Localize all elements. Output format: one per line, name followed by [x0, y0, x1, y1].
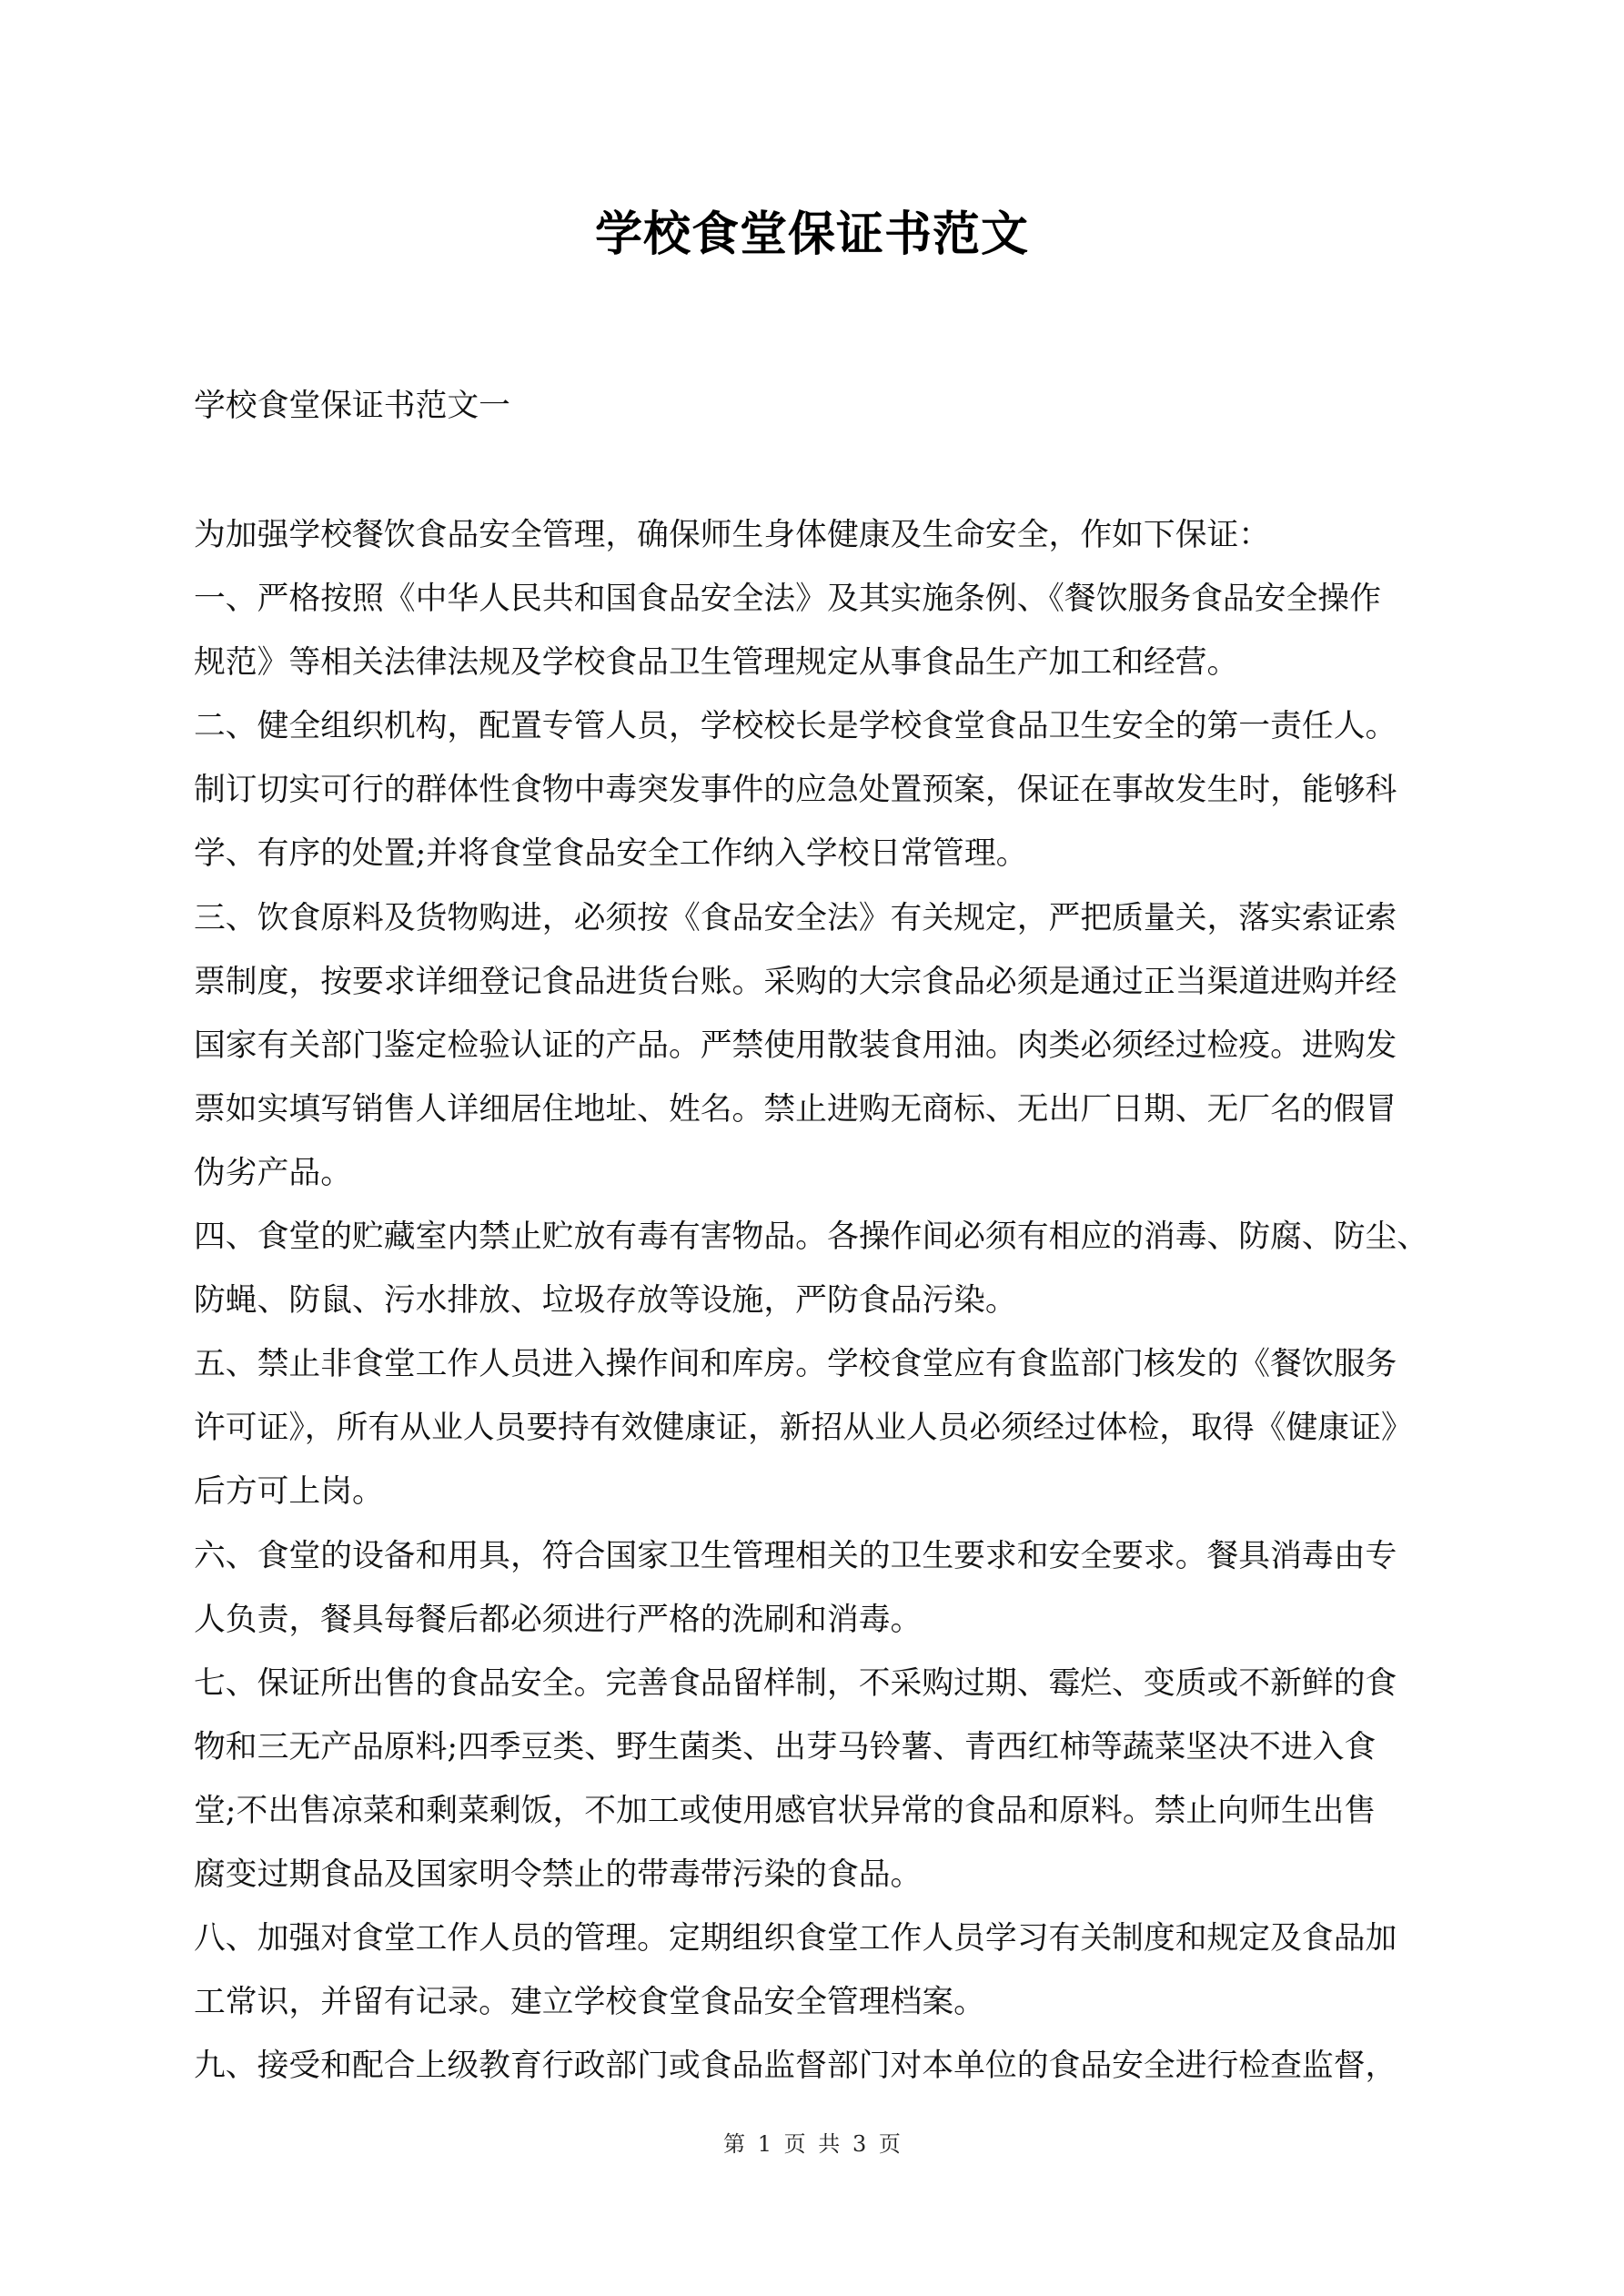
intro-line: 为加强学校餐饮食品安全管理，确保师生身体健康及生命安全，作如下保证：	[194, 503, 1431, 567]
clause-8-line-2: 工常识，并留有记录。建立学校食堂食品安全管理档案。	[194, 1970, 1431, 2034]
clause-5-line-3: 后方可上岗。	[194, 1460, 1431, 1523]
clause-7-line-2: 物和三无产品原料;四季豆类、野生菌类、出芽马铃薯、青西红柿等蔬菜坚决不进入食	[194, 1715, 1431, 1779]
clause-5-line-1: 五、禁止非食堂工作人员进入操作间和库房。学校食堂应有食监部门核发的《餐饮服务	[194, 1332, 1431, 1396]
clause-3-line-5: 伪劣产品。	[194, 1141, 1431, 1205]
section-heading: 学校食堂保证书范文一	[194, 374, 510, 438]
clause-8-line-1: 八、加强对食堂工作人员的管理。定期组织食堂工作人员学习有关制度和规定及食品加	[194, 1907, 1431, 1970]
clause-7-line-1: 七、保证所出售的食品安全。完善食品留样制，不采购过期、霉烂、变质或不新鲜的食	[194, 1652, 1431, 1715]
clause-7-line-4: 腐变过期食品及国家明令禁止的带毒带污染的食品。	[194, 1843, 1431, 1907]
clause-3-line-2: 票制度，按要求详细登记食品进货台账。采购的大宗食品必须是通过正当渠道进购并经	[194, 950, 1431, 1014]
clause-6-line-2: 人负责，餐具每餐后都必须进行严格的洗刷和消毒。	[194, 1588, 1431, 1652]
clause-1-line-1: 一、严格按照《中华人民共和国食品安全法》及其实施条例、《餐饮服务食品安全操作	[194, 567, 1431, 631]
clause-3-line-4: 票如实填写销售人详细居住地址、姓名。禁止进购无商标、无出厂日期、无厂名的假冒	[194, 1077, 1431, 1141]
clause-4-line-1: 四、食堂的贮藏室内禁止贮放有毒有害物品。各操作间必须有相应的消毒、防腐、防尘、	[194, 1205, 1431, 1269]
page-number-footer: 第 1 页 共 3 页	[0, 2129, 1624, 2159]
document-body: 为加强学校餐饮食品安全管理，确保师生身体健康及生命安全，作如下保证： 一、严格按…	[194, 503, 1431, 2098]
clause-3-line-3: 国家有关部门鉴定检验认证的产品。严禁使用散装食用油。肉类必须经过检疫。进购发	[194, 1014, 1431, 1077]
clause-1-line-2: 规范》等相关法律法规及学校食品卫生管理规定从事食品生产加工和经营。	[194, 631, 1431, 694]
clause-3-line-1: 三、饮食原料及货物购进，必须按《食品安全法》有关规定，严把质量关，落实索证索	[194, 886, 1431, 950]
clause-2-line-1: 二、健全组织机构，配置专管人员，学校校长是学校食堂食品卫生安全的第一责任人。	[194, 694, 1431, 758]
clause-6-line-1: 六、食堂的设备和用具，符合国家卫生管理相关的卫生要求和安全要求。餐具消毒由专	[194, 1524, 1431, 1588]
clause-2-line-2: 制订切实可行的群体性食物中毒突发事件的应急处置预案，保证在事故发生时，能够科	[194, 758, 1431, 822]
clause-5-line-2: 许可证》，所有从业人员要持有效健康证，新招从业人员必须经过体检，取得《健康证》	[194, 1396, 1431, 1460]
clause-4-line-2: 防蝇、防鼠、污水排放、垃圾存放等设施，严防食品污染。	[194, 1269, 1431, 1332]
document-title: 学校食堂保证书范文	[0, 206, 1624, 264]
clause-9-line-1: 九、接受和配合上级教育行政部门或食品监督部门对本单位的食品安全进行检查监督，	[194, 2034, 1431, 2098]
clause-2-line-3: 学、有序的处置;并将食堂食品安全工作纳入学校日常管理。	[194, 822, 1431, 885]
document-page: 学校食堂保证书范文 学校食堂保证书范文一 为加强学校餐饮食品安全管理，确保师生身…	[0, 0, 1624, 2296]
clause-7-line-3: 堂;不出售凉菜和剩菜剩饭，不加工或使用感官状异常的食品和原料。禁止向师生出售	[194, 1779, 1431, 1843]
